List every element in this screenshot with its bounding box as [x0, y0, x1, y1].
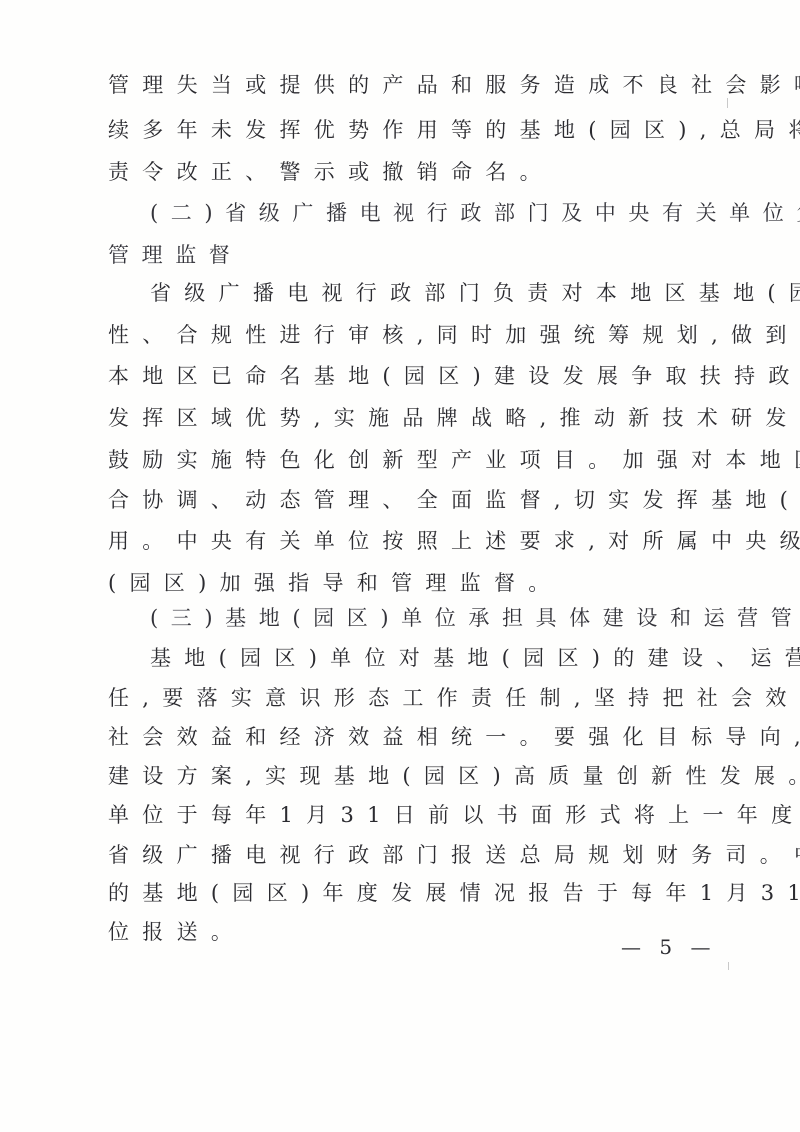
body-text-line: 用。中央有关单位按照上述要求,对所属中央级单位及企业基地 [108, 526, 708, 556]
body-text-line: (园区)加强指导和管理监督。 [108, 568, 708, 598]
body-text-line: 本地区已命名基地(园区)建设发展争取扶持政策,加强服务指导, [108, 361, 708, 391]
body-text-line: 任,要落实意识形态工作责任制,坚持把社会效益放在首位,实现 [108, 683, 708, 713]
section-heading-2-continued: 管理监督 [108, 240, 708, 270]
body-text-line: 的基地(园区)年度发展情况报告于每年1月31日前经其主管单 [108, 878, 708, 908]
section-heading-3: (三)基地(园区)单位承担具体建设和运营管理工作 [150, 603, 710, 633]
body-text-line: 省级广播电视行政部门负责对本地区基地(园区)申报的真实 [150, 278, 710, 308]
scan-artifact [728, 962, 729, 970]
body-text-line: 基地(园区)单位对基地(园区)的建设、运营、管理承担主体责 [150, 643, 710, 673]
document-page: 管理失当或提供的产品和服务造成不良社会影响及严重后果、连 续多年未发挥优势作用等… [0, 0, 800, 1132]
body-text-line: 性、合规性进行审核,同时加强统筹规划,做到合理布局。积极为 [108, 320, 708, 350]
body-text-line: 省级广播电视行政部门报送总局规划财务司。中央级单位及企业 [108, 840, 708, 870]
section-heading-2: (二)省级广播电视行政部门及中央有关单位负责加强指导和 [150, 198, 710, 228]
body-text-line: 社会效益和经济效益相统一。要强化目标导向,按照发展规划和 [108, 722, 708, 752]
page-number: — 5 — [621, 935, 716, 959]
body-text-line: 管理失当或提供的产品和服务造成不良社会影响及严重后果、连 [108, 70, 708, 100]
body-text-line: 责令改正、警示或撤销命名。 [108, 157, 708, 187]
body-text-line: 发挥区域优势,实施品牌战略,推动新技术研发应用和融合创新, [108, 403, 708, 433]
body-text-line: 鼓励实施特色化创新型产业项目。加强对本地区基地(园区)的综 [108, 445, 708, 475]
body-text-line: 合协调、动态管理、全面监督,切实发挥基地(园区)的示范引领作 [108, 485, 708, 515]
body-text-line: 单位于每年1月31日前以书面形式将上一年度发展情况报告经 [108, 800, 708, 830]
body-text-line: 续多年未发挥优势作用等的基地(园区),总局将视情况予以通报、 [108, 115, 708, 145]
body-text-line: 建设方案,实现基地(园区)高质量创新性发展。各地基地(园区) [108, 761, 708, 791]
body-text-line: 位报送。 [108, 917, 708, 947]
scan-artifact [727, 98, 728, 108]
